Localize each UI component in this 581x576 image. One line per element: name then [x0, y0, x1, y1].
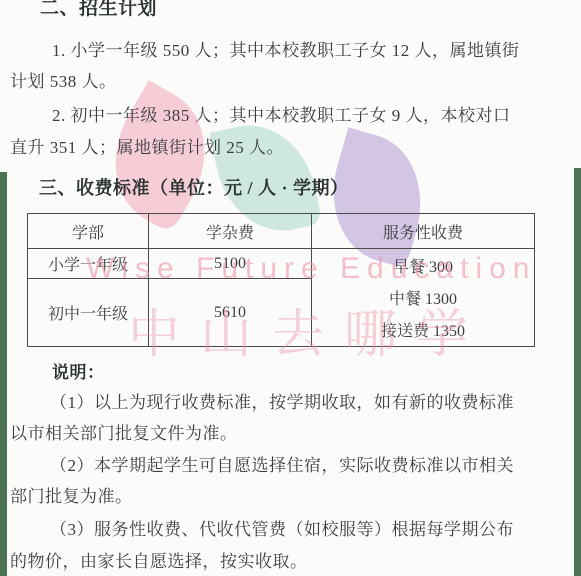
- header-cell-service-fee: 服务性收费: [312, 214, 535, 249]
- header-cell-department: 学部: [28, 214, 149, 249]
- note2-line1: （2）本学期起学生可自愿选择住宿，实际收费标准以市相关: [50, 451, 514, 476]
- note1-line2: 以市相关部门批复文件为准。: [10, 419, 238, 444]
- para2-line1: 2. 初中一年级 385 人；其中本校教职工子女 9 人，本校对口: [52, 101, 511, 126]
- para1-line1: 1. 小学一年级 550 人；其中本校教职工子女 12 人，属地镇街: [52, 36, 520, 61]
- left-edge-green-strip: [0, 172, 7, 576]
- para1-line2: 计划 538 人。: [10, 67, 117, 92]
- watermark-text-english: Wise Future Education: [86, 252, 536, 286]
- scanned-document-page: 二、招生计划 1. 小学一年级 550 人；其中本校教职工子女 12 人，属地镇…: [0, 0, 581, 576]
- section3-heading: 三、收费标准（单位：元 / 人 · 学期）: [39, 174, 349, 200]
- right-edge-green-strip: [574, 168, 581, 576]
- table-header-row: 学部 学杂费 服务性收费: [28, 214, 535, 249]
- note2-line2: 部门批复为准。: [10, 482, 133, 507]
- note3-line1: （3）服务性收费、代收代管费（如校服等）根据每学期公布: [50, 515, 514, 540]
- watermark-text-chinese: 中山去哪学: [128, 292, 488, 367]
- para2-line2: 直升 351 人；属地镇街计划 25 人。: [10, 133, 284, 158]
- header-cell-tuition: 学杂费: [149, 214, 312, 249]
- section2-heading: 二、招生计划: [40, 0, 157, 20]
- note1-line1: （1）以上为现行收费标准，按学期收取，如有新的收费标准: [50, 388, 514, 413]
- note3-line2: 的物价，由家长自愿选择，按实收取。: [10, 547, 308, 572]
- notes-label: 说明：: [52, 358, 105, 383]
